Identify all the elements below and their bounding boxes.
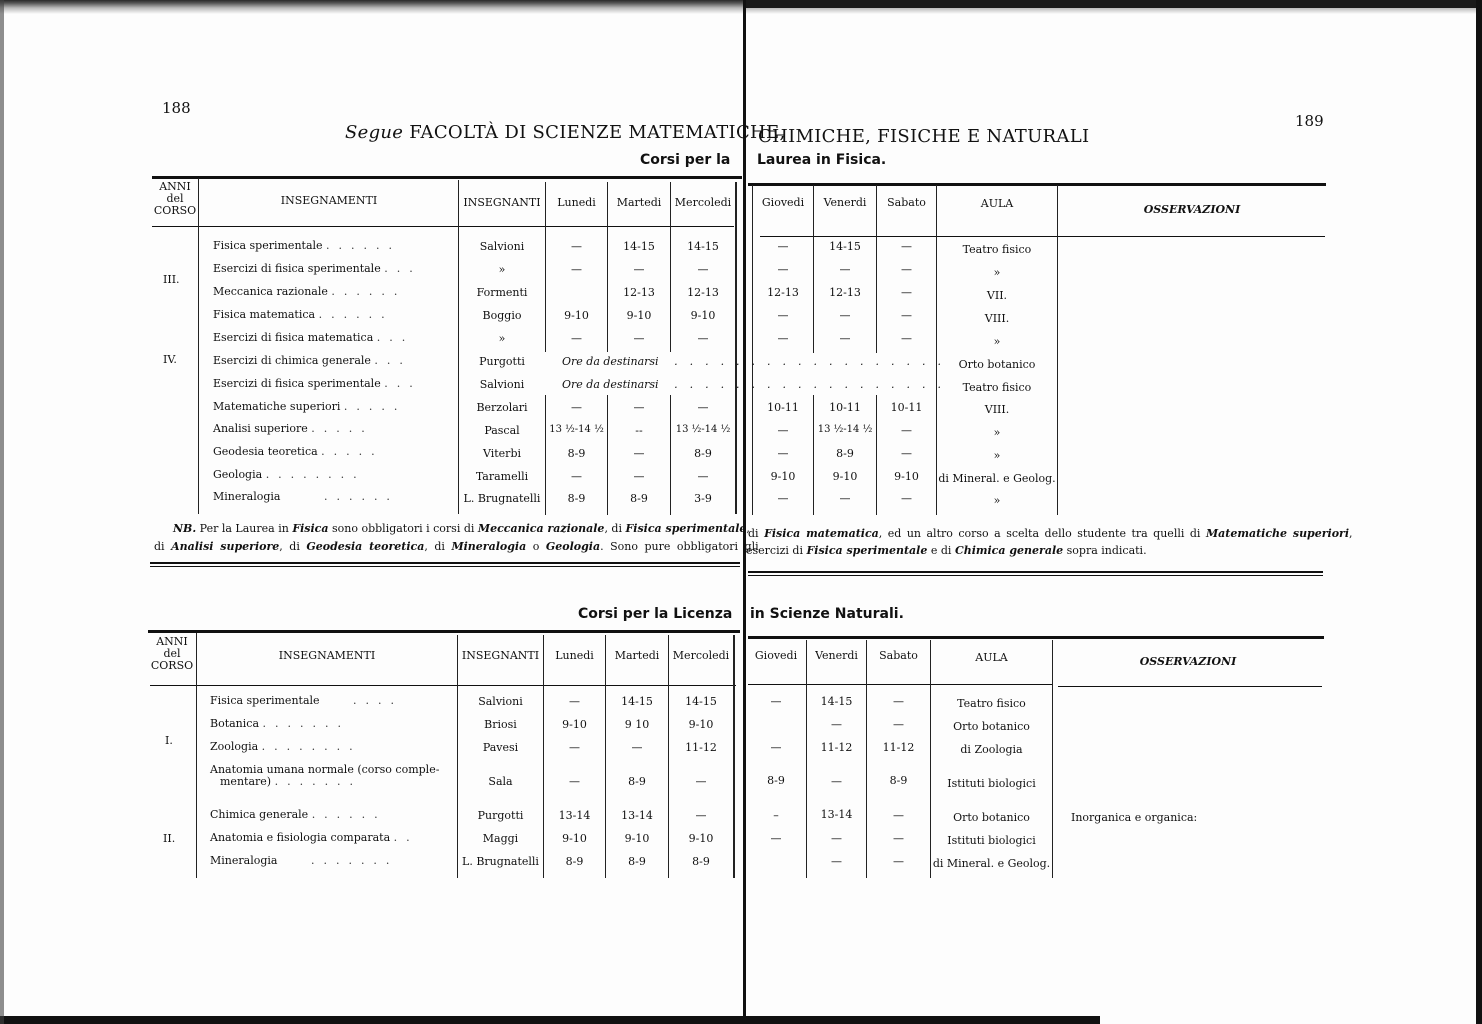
subject-text: Chimica generale — [210, 808, 308, 821]
sabato-cell: — — [877, 332, 936, 345]
table-row-subject: Analisi superiore ..... — [213, 422, 374, 435]
teacher-cell: » — [459, 263, 545, 276]
giovedi-cell: – — [746, 809, 806, 822]
note-span: esercizi di — [746, 544, 806, 557]
col-divider — [733, 635, 735, 878]
sabato-cell: 9-10 — [877, 470, 936, 483]
title-italic: Segue — [345, 122, 403, 143]
year-label: I. — [165, 734, 173, 747]
teacher-cell: Boggio — [459, 309, 545, 322]
martedi-cell: — — [606, 741, 668, 754]
giovedi-cell: — — [753, 424, 813, 437]
table2-top-rule-right — [748, 636, 1324, 639]
note-line1-left: NB. Per la Laurea in Fisica sono obbliga… — [173, 522, 750, 535]
sabato-cell: — — [877, 286, 936, 299]
teacher-cell: Berzolari — [459, 401, 545, 414]
subject-text: Geologia — [213, 468, 262, 481]
teacher-cell: Salvioni — [458, 695, 543, 708]
section2-subtitle-right: in Scienze Naturali. — [750, 606, 904, 622]
sabato-cell: — — [867, 855, 930, 868]
giovedi-cell: — — [753, 447, 813, 460]
table2-header-rule-left — [150, 685, 736, 686]
teacher-cell: Briosi — [458, 718, 543, 731]
sabato-cell: 11-12 — [867, 741, 930, 754]
venerdi-cell: 8-9 — [814, 447, 876, 460]
venerdi-cell: — — [807, 832, 866, 845]
col-divider — [1057, 185, 1058, 515]
scan-edge-left — [0, 0, 4, 1024]
venerdi-cell: 13-14 — [807, 808, 866, 821]
mercoledi-cell: — — [671, 470, 735, 483]
giovedi-cell: — — [753, 332, 813, 345]
header-giovedi: Giovedi — [753, 197, 813, 209]
sabato-cell: — — [867, 718, 930, 731]
note-bottom-rule-left-2 — [150, 566, 740, 567]
table-row-subject: Zoologia ........ — [210, 740, 362, 753]
martedi-cell: — — [608, 470, 670, 483]
teacher-cell: Sala — [458, 775, 543, 788]
lunedi-cell: 8-9 — [546, 492, 607, 505]
title-text: FACOLTÀ DI SCIENZE MATEMATICHE, — [409, 122, 785, 143]
subject-text: Esercizi di fisica matematica — [213, 331, 373, 344]
giovedi-cell: 8-9 — [746, 774, 806, 787]
header-venerdi: Venerdi — [807, 650, 866, 662]
teacher-cell: Maggi — [458, 832, 543, 845]
sabato-cell: — — [877, 309, 936, 322]
venerdi-cell: 9-10 — [814, 470, 876, 483]
teacher-cell: Taramelli — [459, 470, 545, 483]
lunedi-cell: 9-10 — [544, 832, 605, 845]
aula-cell: Teatro fisico — [937, 243, 1057, 256]
book-spine-divider — [743, 0, 746, 1024]
col-divider — [458, 180, 459, 514]
teacher-cell: Pascal — [459, 424, 545, 437]
note-span: o — [526, 540, 546, 553]
lunedi-cell: 9-10 — [544, 718, 605, 731]
aula-cell: » — [937, 266, 1057, 279]
mercoledi-cell: — — [671, 401, 735, 414]
teacher-cell: Salvioni — [459, 378, 545, 391]
header-lunedi: Lunedi — [544, 650, 605, 662]
note-span: NB. — [173, 522, 196, 535]
table-row-subject: Mineralogia ...... — [213, 490, 399, 503]
section1-subtitle-right: Laurea in Fisica. — [757, 152, 886, 168]
venerdi-cell: 14-15 — [814, 240, 876, 253]
sabato-cell: — — [877, 424, 936, 437]
scan-edge-right — [1476, 0, 1482, 1024]
teacher-cell: Salvioni — [459, 240, 545, 253]
subject-text: Fisica sperimentale — [210, 694, 320, 707]
martedi-cell: 8-9 — [608, 492, 670, 505]
lunedi-cell: 8-9 — [546, 447, 607, 460]
table-row-subject: Meccanica razionale ...... — [213, 285, 406, 298]
venerdi-cell: 14-15 — [807, 695, 866, 708]
martedi-cell: -- — [608, 424, 670, 437]
lunedi-cell: — — [544, 695, 605, 708]
venerdi-cell: — — [814, 492, 876, 505]
aula-cell: Orto botanico — [931, 811, 1052, 824]
venerdi-cell: — — [814, 309, 876, 322]
martedi-cell: 9-10 — [606, 832, 668, 845]
aula-cell: VIII. — [937, 312, 1057, 325]
subject-text: Fisica matematica — [213, 308, 315, 321]
lunedi-cell: 13-14 — [544, 809, 605, 822]
mercoledi-cell: 9-10 — [671, 309, 735, 322]
venerdi-cell: — — [807, 775, 866, 788]
note-line2-right: esercizi di Fisica sperimentale e di Chi… — [746, 544, 1147, 557]
aula-cell: Orto botanico — [931, 720, 1052, 733]
venerdi-cell: — — [814, 332, 876, 345]
table-row-subject: Esercizi di fisica sperimentale ... — [213, 262, 422, 275]
table-row-subject: Esercizi di fisica matematica ... — [213, 331, 414, 344]
note-span: Fisica sperimentale — [806, 544, 927, 557]
table-row-subject: Anatomia e fisiologia comparata .. — [210, 831, 419, 844]
martedi-cell: — — [608, 447, 670, 460]
mercoledi-cell: — — [671, 332, 735, 345]
table-row-subject: Esercizi di fisica sperimentale ... — [213, 377, 422, 390]
note-span: Geologia — [546, 540, 600, 553]
sabato-cell: — — [877, 263, 936, 276]
aula-cell: » — [937, 426, 1057, 439]
aula-cell: VIII. — [937, 403, 1057, 416]
note-line1-right: di Fisica matematica, ed un altro corso … — [748, 527, 1353, 540]
page-title-left: Segue FACOLTÀ DI SCIENZE MATEMATICHE, — [345, 122, 786, 143]
table-row-subject: Geodesia teoretica ..... — [213, 445, 384, 458]
header-anni: ANNI del CORSO — [148, 636, 196, 672]
subject-text: Botanica — [210, 717, 259, 730]
martedi-cell: — — [608, 332, 670, 345]
martedi-cell: 12-13 — [608, 286, 670, 299]
teacher-cell: Purgotti — [459, 355, 545, 368]
sabato-cell: — — [877, 240, 936, 253]
table1-top-rule-left — [152, 176, 742, 179]
page-number-left: 188 — [162, 99, 191, 117]
martedi-cell: 13-14 — [606, 809, 668, 822]
col-divider — [936, 185, 937, 515]
note-line2-left: di Analisi superiore, di Geodesia teoret… — [154, 540, 759, 553]
mercoledi-cell: 8-9 — [671, 447, 735, 460]
table-row-subject: Fisica sperimentale ...... — [213, 239, 401, 252]
teacher-cell: Pavesi — [458, 741, 543, 754]
note-span: Meccanica razionale — [478, 522, 605, 535]
mercoledi-cell: 9-10 — [669, 832, 733, 845]
aula-cell: » — [937, 335, 1057, 348]
table-row-subject: Chimica generale ...... — [210, 808, 387, 821]
subject-text: Meccanica razionale — [213, 285, 328, 298]
subject-text: Mineralogia — [210, 854, 277, 867]
table-row-subject: Fisica sperimentale .... — [210, 694, 403, 707]
span-cell: Ore da destinarsi .................. — [562, 378, 953, 391]
year-label: IV. — [163, 353, 177, 366]
teacher-cell: Viterbi — [459, 447, 545, 460]
header-anni-line3: CORSO — [152, 205, 198, 217]
mercoledi-cell: 8-9 — [669, 855, 733, 868]
section2-subtitle-left: Corsi per la Licenza — [578, 606, 732, 622]
note-span: sopra indicati. — [1063, 544, 1146, 557]
giovedi-cell: 12-13 — [753, 286, 813, 299]
venerdi-cell: 13 ½-14 ½ — [814, 424, 876, 435]
note-span: Fisica — [292, 522, 328, 535]
sabato-cell: — — [867, 809, 930, 822]
mercoledi-cell: 14-15 — [671, 240, 735, 253]
sabato-cell: — — [867, 695, 930, 708]
scan-edge-bottom — [0, 1016, 1100, 1024]
aula-cell: Orto botanico — [937, 358, 1057, 371]
teacher-cell: L. Brugnatelli — [458, 855, 543, 868]
table2-top-rule-left — [148, 630, 740, 633]
venerdi-cell: — — [807, 855, 866, 868]
osservazioni-cell: Inorganica e organica: — [1071, 811, 1197, 824]
note-span: , ed un altro corso a scelta dello stude… — [879, 527, 1206, 540]
note-span: Fisica matematica — [764, 527, 879, 540]
giovedi-cell: — — [753, 492, 813, 505]
aula-cell: di Mineral. e Geolog. — [931, 857, 1052, 870]
span-cell: Ore da destinarsi .................. — [562, 355, 953, 368]
table1-header-rule-left — [152, 226, 734, 227]
martedi-cell: — — [608, 401, 670, 414]
giovedi-cell: — — [746, 741, 806, 754]
martedi-cell: 9 10 — [606, 718, 668, 731]
header-martedi: Martedi — [606, 650, 668, 662]
lunedi-cell: 9-10 — [546, 309, 607, 322]
giovedi-cell: — — [753, 309, 813, 322]
col-divider — [752, 185, 753, 515]
note-span: . Sono pure obbligatori gli — [600, 540, 758, 553]
martedi-cell: 9-10 — [608, 309, 670, 322]
martedi-cell: 8-9 — [606, 775, 668, 788]
aula-cell: Istituti biologici — [931, 777, 1052, 790]
subject-text: Esercizi di fisica sperimentale — [213, 262, 381, 275]
header-insegnanti: INSEGNANTI — [458, 650, 543, 662]
aula-cell: VII. — [937, 289, 1057, 302]
note-span: Fisica sperimentale — [626, 522, 747, 535]
martedi-cell: 14-15 — [606, 695, 668, 708]
mercoledi-cell: 14-15 — [669, 695, 733, 708]
mercoledi-cell: 9-10 — [669, 718, 733, 731]
aula-cell: Istituti biologici — [931, 834, 1052, 847]
lunedi-cell: — — [544, 775, 605, 788]
lunedi-cell: — — [546, 240, 607, 253]
table2-header-rule-oss — [1058, 686, 1322, 687]
note-bottom-rule-right-2 — [748, 575, 1323, 576]
teacher-cell: Formenti — [459, 286, 545, 299]
mercoledi-cell: — — [669, 809, 733, 822]
subject-text: Mineralogia — [213, 490, 280, 503]
teacher-cell: L. Brugnatelli — [459, 492, 545, 505]
note-span: , di — [424, 540, 451, 553]
lunedi-cell: — — [544, 741, 605, 754]
lunedi-cell: — — [546, 470, 607, 483]
sabato-cell: — — [877, 492, 936, 505]
giovedi-cell: 10-11 — [753, 401, 813, 414]
span-text: Ore da destinarsi — [562, 378, 659, 391]
martedi-cell: 8-9 — [606, 855, 668, 868]
lunedi-cell: — — [546, 332, 607, 345]
note-span: e di — [927, 544, 955, 557]
lunedi-cell: — — [546, 263, 607, 276]
page-title-right: CHIMICHE, FISICHE E NATURALI — [758, 126, 1089, 147]
note-bottom-rule-right — [748, 571, 1323, 573]
scan-edge-top-right — [745, 0, 1482, 8]
table-row-subject: Fisica matematica ...... — [213, 308, 394, 321]
section1-subtitle-left: Corsi per la — [640, 152, 730, 168]
subject-text: Esercizi di chimica generale — [213, 354, 371, 367]
subject-text: Zoologia — [210, 740, 258, 753]
sabato-cell: — — [877, 447, 936, 460]
header-aula: AULA — [931, 652, 1052, 664]
header-mercoledi: Mercoledi — [669, 650, 733, 662]
aula-cell: Teatro fisico — [937, 381, 1057, 394]
header-mercoledi: Mercoledi — [671, 197, 735, 209]
note-span: , — [1349, 527, 1353, 540]
lunedi-cell: — — [546, 401, 607, 414]
col-divider — [1052, 640, 1053, 878]
header-sabato: Sabato — [877, 197, 936, 209]
giovedi-cell: 9-10 — [753, 470, 813, 483]
lunedi-cell: 13 ½-14 ½ — [546, 424, 607, 435]
note-span: Per la Laurea in — [196, 522, 292, 535]
header-venerdi: Venerdi — [814, 197, 876, 209]
aula-cell: Teatro fisico — [931, 697, 1052, 710]
note-span: , di — [279, 540, 306, 553]
subject-text: Geodesia teoretica — [213, 445, 318, 458]
header-sabato: Sabato — [867, 650, 930, 662]
table-row-subject-cont: mentare) ....... — [220, 775, 362, 788]
col-divider — [198, 178, 199, 514]
mercoledi-cell: 13 ½-14 ½ — [671, 424, 735, 435]
mercoledi-cell: 3-9 — [671, 492, 735, 505]
year-label: II. — [163, 832, 175, 845]
table1-header-rule-right — [760, 236, 1325, 237]
subject-text: Matematiche superiori — [213, 400, 340, 413]
table1-top-rule-right — [748, 183, 1326, 186]
giovedi-cell: — — [746, 832, 806, 845]
subject-text: Analisi superiore — [213, 422, 308, 435]
subject-text: Anatomia e fisiologia comparata — [210, 831, 390, 844]
giovedi-cell: — — [746, 695, 806, 708]
header-martedi: Martedi — [608, 197, 670, 209]
header-insegnanti: INSEGNANTI — [459, 197, 545, 209]
header-osservazioni: OSSERVAZIONI — [1058, 204, 1326, 216]
table-row-subject: Esercizi di chimica generale ... — [213, 354, 412, 367]
header-aula: AULA — [937, 198, 1057, 210]
header-osservazioni: OSSERVAZIONI — [1053, 656, 1323, 668]
venerdi-cell: 10-11 — [814, 401, 876, 414]
col-divider — [196, 633, 197, 878]
note-span: di — [748, 527, 764, 540]
aula-cell: di Mineral. e Geolog. — [937, 472, 1057, 485]
mercoledi-cell: — — [671, 263, 735, 276]
giovedi-cell: — — [753, 240, 813, 253]
venerdi-cell: 12-13 — [814, 286, 876, 299]
venerdi-cell: — — [807, 718, 866, 731]
subject-text: mentare) — [220, 775, 271, 788]
aula-cell: di Zoologia — [931, 743, 1052, 756]
header-anni: ANNI del CORSO — [152, 181, 198, 217]
note-bottom-rule-left — [150, 562, 740, 564]
mercoledi-cell: 12-13 — [671, 286, 735, 299]
note-span: , di — [604, 522, 625, 535]
header-anni-line3: CORSO — [148, 660, 196, 672]
martedi-cell: 14-15 — [608, 240, 670, 253]
table2-header-rule-right — [748, 684, 1052, 685]
header-insegnamenti: INSEGNAMENTI — [197, 650, 457, 662]
subject-text: Esercizi di fisica sperimentale — [213, 377, 381, 390]
giovedi-cell: — — [753, 263, 813, 276]
venerdi-cell: — — [814, 263, 876, 276]
note-span: Mineralogia — [451, 540, 526, 553]
mercoledi-cell: 11-12 — [669, 741, 733, 754]
table-row-subject: Geologia ........ — [213, 468, 366, 481]
col-divider — [735, 182, 737, 514]
note-span: Geodesia teoretica — [306, 540, 424, 553]
sabato-cell: — — [867, 832, 930, 845]
subject-text: Fisica sperimentale — [213, 239, 323, 252]
sabato-cell: 8-9 — [867, 774, 930, 787]
aula-cell: » — [937, 449, 1057, 462]
aula-cell: » — [937, 494, 1057, 507]
note-span: Chimica generale — [955, 544, 1063, 557]
venerdi-cell: 11-12 — [807, 741, 866, 754]
table-row-subject: Matematiche superiori ..... — [213, 400, 406, 413]
note-span: di — [154, 540, 171, 553]
teacher-cell: » — [459, 332, 545, 345]
table-row-subject: Botanica ....... — [210, 717, 350, 730]
martedi-cell: — — [608, 263, 670, 276]
note-span: Matematiche superiori — [1206, 527, 1349, 540]
year-label: III. — [163, 273, 180, 286]
lunedi-cell: 8-9 — [544, 855, 605, 868]
mercoledi-cell: — — [669, 775, 733, 788]
page-number-right: 189 — [1295, 112, 1324, 130]
note-span: sono obbligatori i corsi di — [329, 522, 478, 535]
sabato-cell: 10-11 — [877, 401, 936, 414]
table-row-subject: Mineralogia ....... — [210, 854, 398, 867]
teacher-cell: Purgotti — [458, 809, 543, 822]
span-text: Ore da destinarsi — [562, 355, 659, 368]
header-insegnamenti: INSEGNAMENTI — [200, 195, 458, 207]
note-span: Analisi superiore — [171, 540, 279, 553]
header-giovedi: Giovedi — [746, 650, 806, 662]
header-lunedi: Lunedi — [546, 197, 607, 209]
